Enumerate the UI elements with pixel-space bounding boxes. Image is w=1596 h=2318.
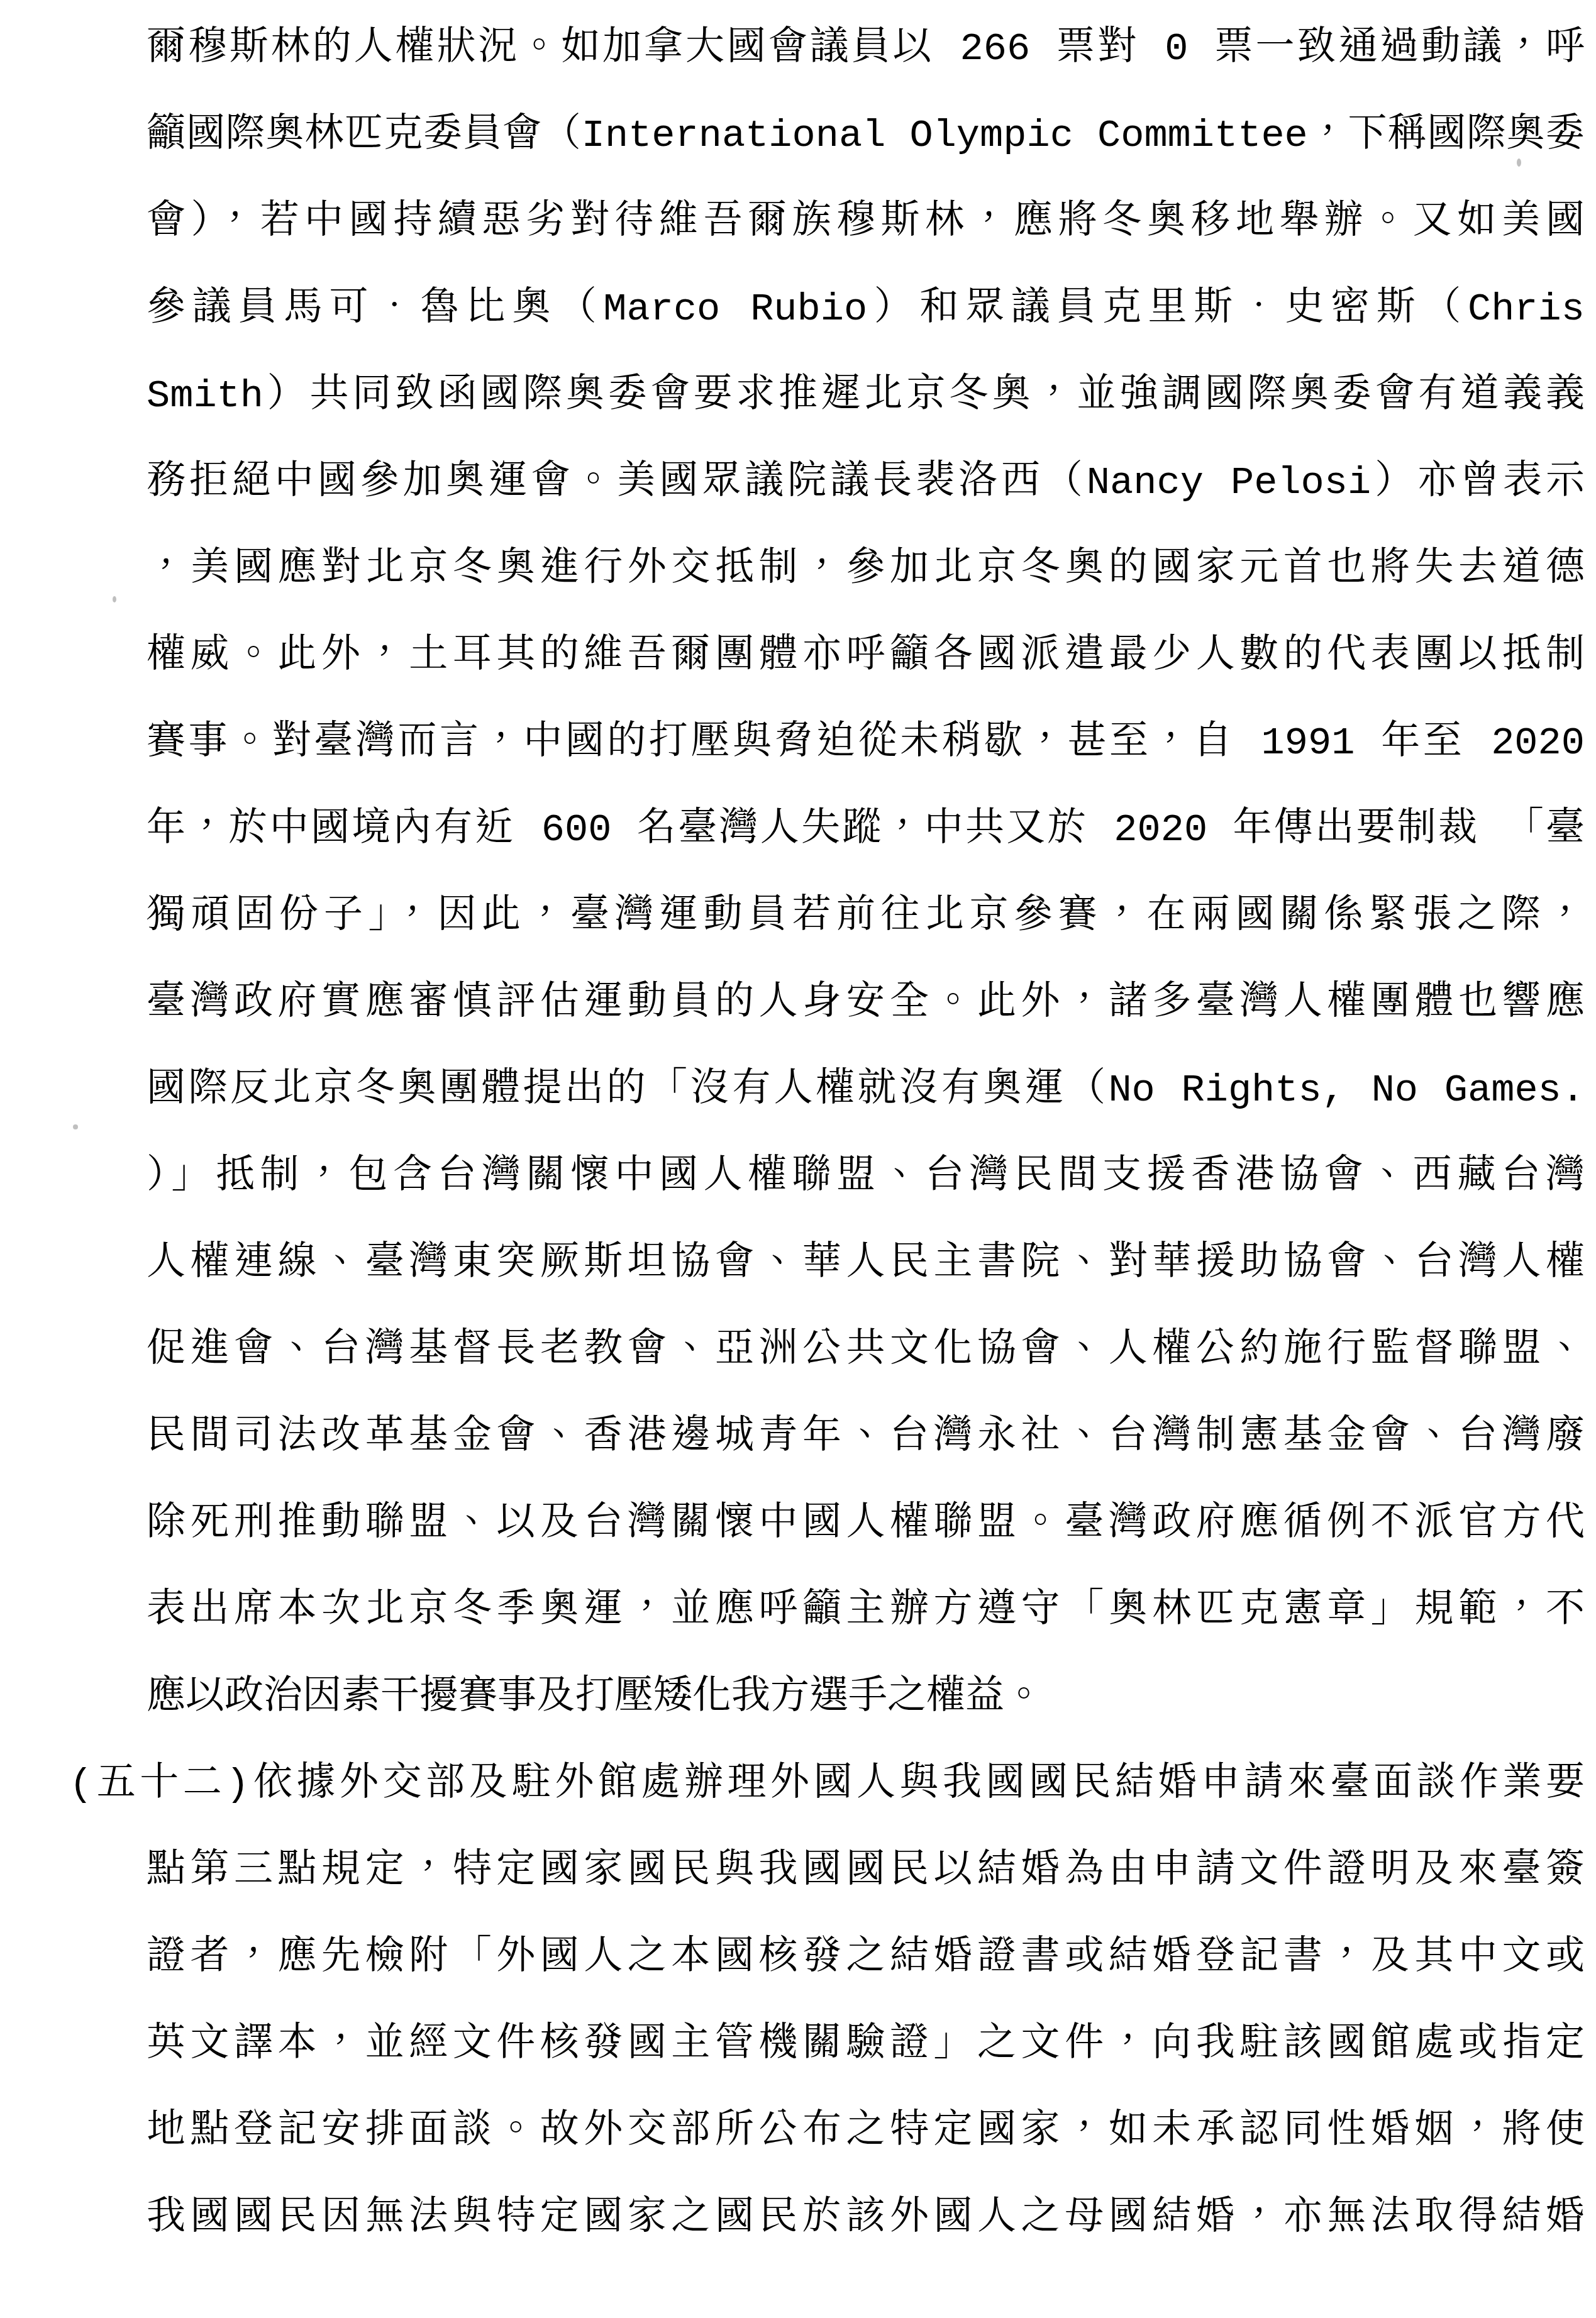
text-line: ）」抵制，包含台灣關懷中國人權聯盟、台灣民間支援香港協會、西藏台灣 bbox=[147, 1131, 1585, 1218]
latin-text: Marco Rubio bbox=[603, 287, 867, 331]
latin-text: ) bbox=[226, 1762, 249, 1807]
latin-text: 1991 bbox=[1235, 721, 1381, 765]
text-line: 務拒絕中國參加奧運會。美國眾議院議長裴洛西（Nancy Pelosi）亦曾表示 bbox=[147, 437, 1585, 524]
latin-text: 2020 bbox=[1465, 721, 1585, 765]
text-line: 人權連線、臺灣東突厥斯坦協會、華人民主書院、對華援助協會、台灣人權 bbox=[147, 1218, 1585, 1305]
latin-text: Nancy Pelosi bbox=[1087, 460, 1371, 505]
text-line: 參議員馬可‧魯比奧（Marco Rubio）和眾議員克里斯‧史密斯（Chris bbox=[147, 263, 1585, 350]
scan-speckle bbox=[113, 596, 116, 602]
text-line: 籲國際奧林匹克委員會（International Olympic Committ… bbox=[147, 90, 1585, 177]
latin-text: No Rights, No Games. bbox=[1108, 1068, 1585, 1112]
text-line: 民間司法改革基金會、香港邊城青年、台灣永社、台灣制憲基金會、台灣廢 bbox=[147, 1392, 1585, 1478]
scan-speckle bbox=[73, 1124, 78, 1129]
text-line: 我國國民因無法與特定國家之國民於該外國人之母國結婚，亦無法取得結婚 bbox=[147, 2173, 1585, 2260]
text-line: 應以政治因素干擾賽事及打壓矮化我方選手之權益。 bbox=[147, 1652, 1585, 1739]
latin-text bbox=[1479, 807, 1504, 852]
text-line: (五十二)依據外交部及駐外館處辦理外國人與我國國民結婚申請來臺面談作業要 bbox=[69, 1739, 1585, 1826]
latin-text: 266 bbox=[934, 26, 1056, 71]
text-line: 地點登記安排面談。故外交部所公布之特定國家，如未承認同性婚姻，將使 bbox=[147, 2086, 1585, 2173]
text-line: 國際反北京冬奧團體提出的「沒有人權就沒有奧運（No Rights, No Gam… bbox=[147, 1045, 1585, 1131]
text-line: 獨頑固份子」，因此，臺灣運動員若前往北京參賽，在兩國關係緊張之際， bbox=[147, 871, 1585, 958]
latin-text: International Olympic Committee bbox=[582, 113, 1308, 158]
document-lines: 爾穆斯林的人權狀況。如加拿大國會議員以 266 票對 0 票一致通過動議，呼籲國… bbox=[0, 3, 1596, 2260]
latin-text: ( bbox=[69, 1762, 92, 1807]
text-line: ，美國應對北京冬奧進行外交抵制，參加北京冬奧的國家元首也將失去道德 bbox=[147, 524, 1585, 611]
latin-text: 2020 bbox=[1089, 807, 1233, 852]
text-line: 除死刑推動聯盟、以及台灣關懷中國人權聯盟。臺灣政府應循例不派官方代 bbox=[147, 1478, 1585, 1565]
text-line: 臺灣政府實應審慎評估運動員的人身安全。此外，諸多臺灣人權團體也響應 bbox=[147, 958, 1585, 1045]
text-line: 年，於中國境內有近 600 名臺灣人失蹤，中共又於 2020 年傳出要制裁 「臺 bbox=[147, 784, 1585, 871]
text-line: 促進會、台灣基督長老教會、亞洲公共文化協會、人權公約施行監督聯盟、 bbox=[147, 1305, 1585, 1392]
text-line: 爾穆斯林的人權狀況。如加拿大國會議員以 266 票對 0 票一致通過動議，呼 bbox=[147, 3, 1585, 90]
latin-text: 0 bbox=[1139, 26, 1214, 71]
text-line: 賽事。對臺灣而言，中國的打壓與脅迫從未稍歇，甚至，自 1991 年至 2020 bbox=[147, 697, 1585, 784]
text-line: 證者，應先檢附「外國人之本國核發之結婚證書或結婚登記書，及其中文或 bbox=[147, 1912, 1585, 1999]
scan-speckle bbox=[1517, 158, 1521, 167]
latin-text: Smith bbox=[147, 374, 263, 418]
text-line: 會），若中國持續惡劣對待維吾爾族穆斯林，應將冬奧移地舉辦。又如美國 bbox=[147, 177, 1585, 263]
latin-text: 600 bbox=[516, 807, 637, 852]
text-line: 權威。此外，土耳其的維吾爾團體亦呼籲各國派遣最少人數的代表團以抵制 bbox=[147, 611, 1585, 697]
text-line: 英文譯本，並經文件核發國主管機關驗證」之文件，向我駐該國館處或指定 bbox=[147, 1999, 1585, 2086]
text-line: 表出席本次北京冬季奧運，並應呼籲主辦方遵守「奧林匹克憲章」規範，不 bbox=[147, 1565, 1585, 1652]
latin-text: Chris bbox=[1468, 287, 1585, 331]
text-line: Smith）共同致函國際奧委會要求推遲北京冬奧，並強調國際奧委會有道義義 bbox=[147, 350, 1585, 437]
document-page: 爾穆斯林的人權狀況。如加拿大國會議員以 266 票對 0 票一致通過動議，呼籲國… bbox=[0, 0, 1596, 2318]
text-line: 點第三點規定，特定國家國民與我國國民以結婚為由申請文件證明及來臺簽 bbox=[147, 1826, 1585, 1912]
